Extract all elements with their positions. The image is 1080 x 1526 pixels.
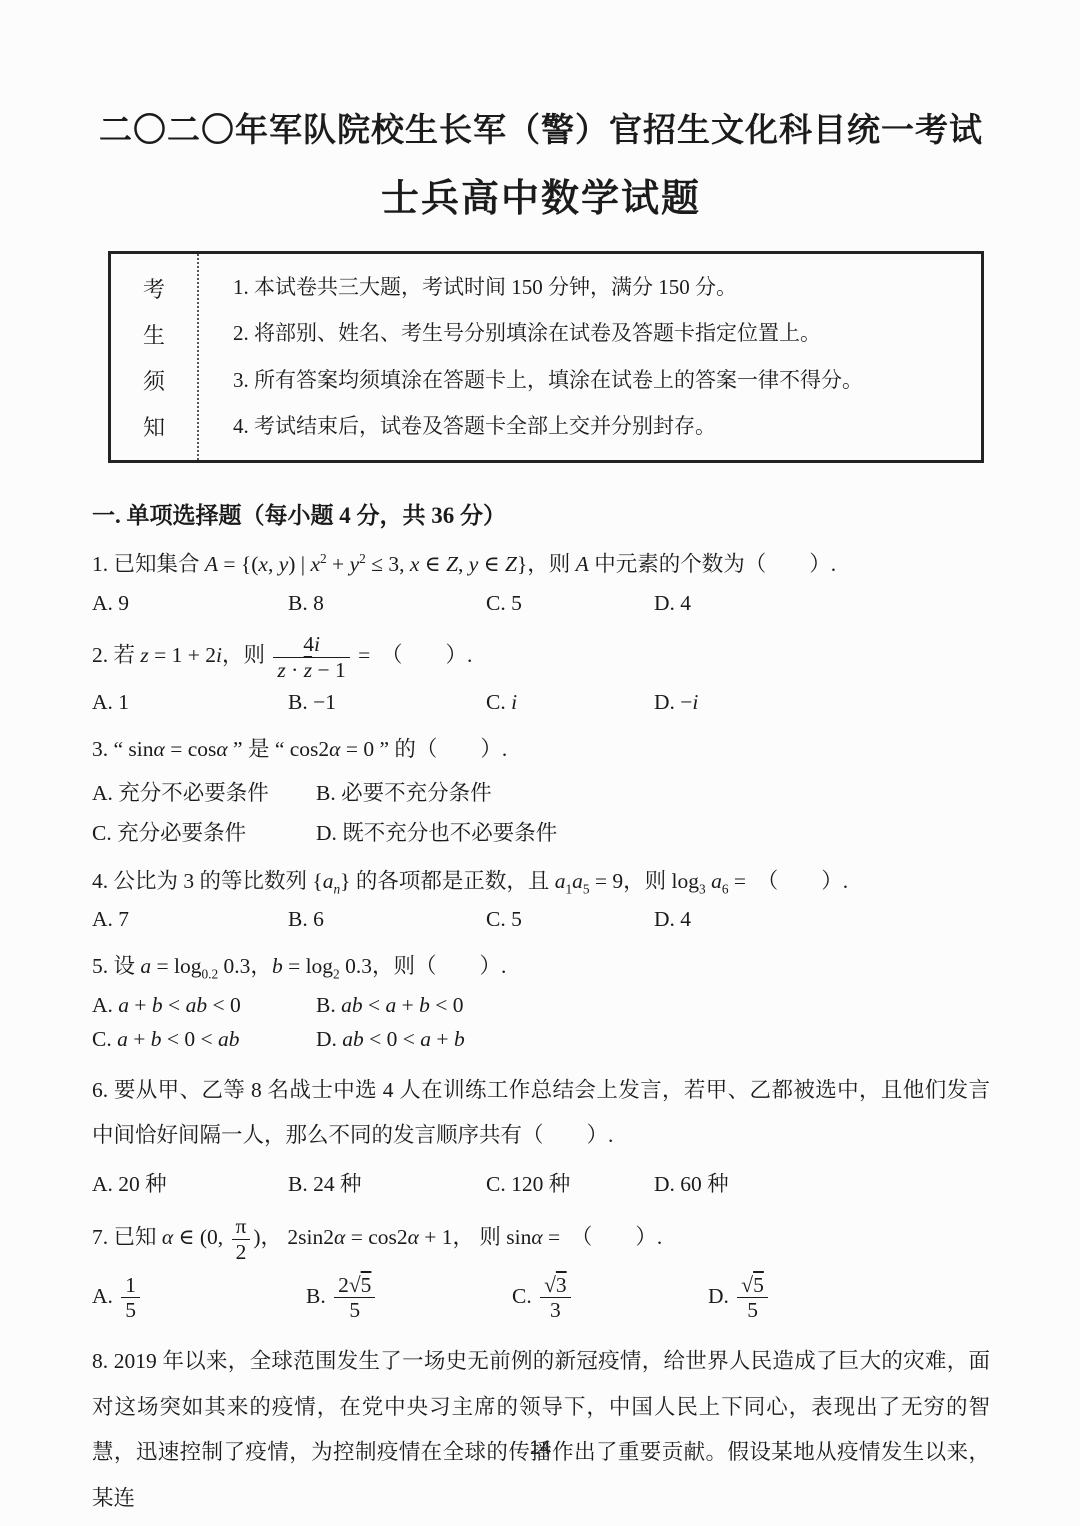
option-a: A. 充分不必要条件 — [92, 776, 316, 807]
option-d: D. √55 — [708, 1273, 990, 1323]
option-b: B. ab < a + b < 0 — [316, 993, 772, 1018]
question-text: 3. “ sinα = cosα ” 是 “ cos2α = 0 ” 的（ ）. — [92, 731, 990, 768]
notice-item: 2. 将部别、姓名、考生号分别填涂在试卷及答题卡指定位置上。 — [233, 319, 963, 348]
question-1: 1. 已知集合 A = {(x, y) | x2 + y2 ≤ 3, x ∈ Z… — [92, 546, 990, 616]
notice-items: 1. 本试卷共三大题，考试时间 150 分钟，满分 150 分。 2. 将部别、… — [199, 254, 981, 460]
option-d: D. 4 — [654, 907, 990, 932]
question-options: A. 15 B. 2√55 C. √33 D. √55 — [92, 1273, 990, 1323]
option-b: B. 必要不充分条件 — [316, 776, 772, 807]
option-a: A. 1 — [92, 690, 288, 715]
notice-item: 4. 考试结束后，试卷及答题卡全部上交并分别封存。 — [233, 412, 963, 441]
question-5: 5. 设 a = log0.2 0.3，b = log2 0.3，则（ ）. A… — [92, 948, 990, 1052]
notice-label-char: 考 — [143, 273, 165, 304]
question-8: 8. 2019 年以来，全球范围发生了一场史无前例的新冠疫情，给世界人民造成了巨… — [92, 1339, 990, 1521]
option-d: D. 既不充分也不必要条件 — [316, 816, 772, 847]
question-text: 7. 已知 α ∈ (0, π2)， 2sin2α = cos2α + 1， 则… — [92, 1214, 990, 1264]
option-d: D. 60 种 — [654, 1167, 990, 1198]
question-options: A. a + b < ab < 0 B. ab < a + b < 0 C. a… — [92, 993, 772, 1052]
option-b: B. 8 — [288, 591, 486, 616]
question-text: 5. 设 a = log0.2 0.3，b = log2 0.3，则（ ）. — [92, 948, 990, 985]
option-a: A. 15 — [92, 1273, 306, 1323]
question-options: A. 充分不必要条件 B. 必要不充分条件 C. 充分必要条件 D. 既不充分也… — [92, 776, 772, 847]
candidate-notice-box: 考 生 须 知 1. 本试卷共三大题，考试时间 150 分钟，满分 150 分。… — [108, 251, 984, 463]
option-d: D. 4 — [654, 591, 990, 616]
option-b: B. −1 — [288, 690, 486, 715]
option-b: B. 2√55 — [306, 1273, 512, 1323]
page-number: 14 — [0, 1438, 1080, 1460]
option-c: C. a + b < 0 < ab — [92, 1027, 316, 1052]
question-6: 6. 要从甲、乙等 8 名战士中选 4 人在训练工作总结会上发言，若甲、乙都被选… — [92, 1068, 990, 1198]
question-text: 8. 2019 年以来，全球范围发生了一场史无前例的新冠疫情，给世界人民造成了巨… — [92, 1339, 990, 1521]
question-4: 4. 公比为 3 的等比数列 {an} 的各项都是正数，且 a1a5 = 9，则… — [92, 863, 990, 933]
option-a: A. 9 — [92, 591, 288, 616]
question-2: 2. 若 z = 1 + 2i，则 4iz · z − 1 = （ ）. A. … — [92, 632, 990, 715]
notice-label-char: 知 — [143, 411, 165, 442]
option-a: A. 7 — [92, 907, 288, 932]
exam-subtitle: 士兵高中数学试题 — [92, 178, 990, 222]
option-a: A. 20 种 — [92, 1167, 288, 1198]
option-c: C. 5 — [486, 907, 654, 932]
question-3: 3. “ sinα = cosα ” 是 “ cos2α = 0 ” 的（ ）.… — [92, 731, 990, 847]
option-c: C. √33 — [512, 1273, 708, 1323]
exam-page: 二〇二〇年军队院校生长军（警）官招生文化科目统一考试 士兵高中数学试题 考 生 … — [0, 0, 1080, 1526]
notice-label-char: 须 — [143, 365, 165, 396]
option-a: A. a + b < ab < 0 — [92, 993, 316, 1018]
option-b: B. 6 — [288, 907, 486, 932]
question-text: 2. 若 z = 1 + 2i，则 4iz · z − 1 = （ ）. — [92, 632, 990, 682]
notice-vertical-label: 考 生 须 知 — [111, 254, 199, 460]
option-c: C. 充分必要条件 — [92, 816, 316, 847]
option-c: C. 120 种 — [486, 1167, 654, 1198]
question-7: 7. 已知 α ∈ (0, π2)， 2sin2α = cos2α + 1， 则… — [92, 1214, 990, 1323]
question-text: 4. 公比为 3 的等比数列 {an} 的各项都是正数，且 a1a5 = 9，则… — [92, 863, 990, 900]
question-options: A. 1 B. −1 C. i D. −i — [92, 690, 990, 715]
notice-label-char: 生 — [143, 319, 165, 350]
notice-item: 3. 所有答案均须填涂在答题卡上，填涂在试卷上的答案一律不得分。 — [233, 366, 963, 395]
option-c: C. i — [486, 690, 654, 715]
section-heading: 一. 单项选择题（每小题 4 分，共 36 分） — [92, 497, 990, 530]
notice-item: 1. 本试卷共三大题，考试时间 150 分钟，满分 150 分。 — [233, 273, 963, 302]
question-options: A. 20 种 B. 24 种 C. 120 种 D. 60 种 — [92, 1167, 990, 1198]
exam-title: 二〇二〇年军队院校生长军（警）官招生文化科目统一考试 — [92, 112, 990, 152]
question-options: A. 9 B. 8 C. 5 D. 4 — [92, 591, 990, 616]
question-text: 1. 已知集合 A = {(x, y) | x2 + y2 ≤ 3, x ∈ Z… — [92, 546, 990, 583]
option-d: D. −i — [654, 690, 990, 715]
question-options: A. 7 B. 6 C. 5 D. 4 — [92, 907, 990, 932]
option-c: C. 5 — [486, 591, 654, 616]
option-d: D. ab < 0 < a + b — [316, 1027, 772, 1052]
option-b: B. 24 种 — [288, 1167, 486, 1198]
question-text: 6. 要从甲、乙等 8 名战士中选 4 人在训练工作总结会上发言，若甲、乙都被选… — [92, 1068, 990, 1159]
